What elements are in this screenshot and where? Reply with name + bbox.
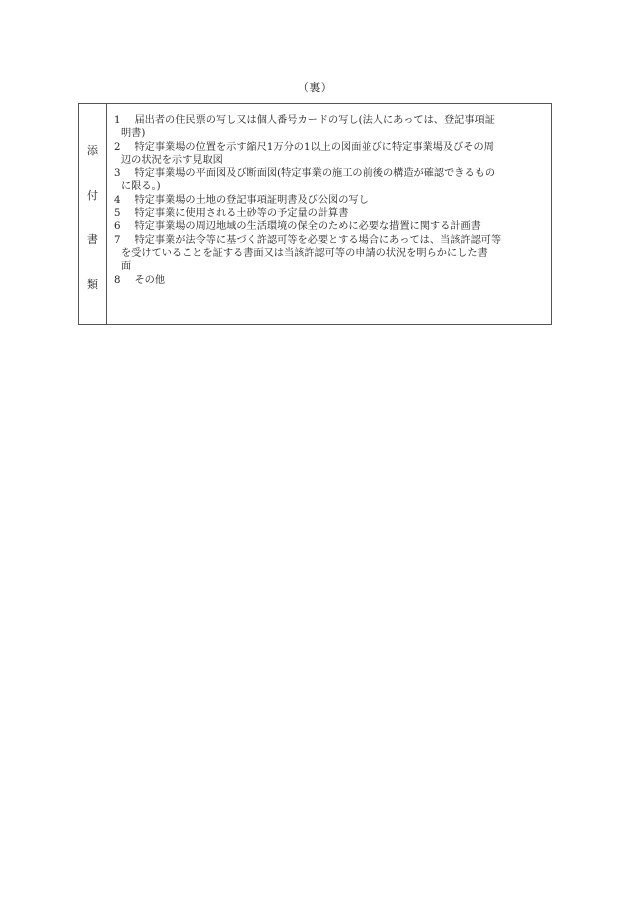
item-number: 3: [114, 167, 128, 180]
attachments-label: 添 付 書 類: [79, 104, 107, 324]
item-text: 特定事業場の周辺地域の生活環境の保全のために必要な措置に関する計画書: [134, 221, 480, 232]
item-number: 4: [114, 194, 128, 207]
item-text-cont: 辺の状況を示す見取図: [114, 154, 545, 167]
item-text: 特定事業に使用される土砂等の予定量の計算書: [134, 208, 348, 219]
item-number: 5: [114, 207, 128, 220]
item-number: 6: [114, 220, 128, 233]
list-item: 7 特定事業が法令等に基づく許認可等を必要とする場合にあっては、当該許認可等 を…: [114, 234, 545, 274]
item-text: その他: [134, 275, 165, 286]
item-number: 7: [114, 234, 128, 247]
item-text: 特定事業場の位置を示す縮尺1万分の1以上の図面並びに特定事業場及びその周: [134, 142, 493, 153]
item-text: 特定事業場の土地の登記事項証明書及び公図の写し: [134, 195, 368, 206]
label-char: 付: [87, 187, 98, 203]
item-text: 特定事業が法令等に基づく許認可等を必要とする場合にあっては、当該許認可等: [134, 235, 501, 246]
list-item: 6 特定事業場の周辺地域の生活環境の保全のために必要な措置に関する計画書: [114, 220, 545, 233]
item-text-cont: 面: [114, 260, 545, 273]
list-item: 8 その他: [114, 274, 545, 287]
item-number: 8: [114, 274, 128, 287]
item-text-cont: 明書): [114, 127, 545, 140]
list-item: 2 特定事業場の位置を示す縮尺1万分の1以上の図面並びに特定事業場及びその周 辺…: [114, 141, 545, 168]
item-text: 特定事業場の平面図及び断面図(特定事業の施工の前後の構造が確認できるもの: [134, 168, 495, 179]
label-char: 添: [87, 142, 98, 158]
item-text-cont: に限る。): [114, 180, 545, 193]
label-char: 書: [87, 231, 98, 247]
item-number: 1: [114, 114, 128, 127]
attachments-table: 添 付 書 類 1 届出者の住民票の写し又は個人番号カードの写し(法人にあっては…: [78, 103, 552, 325]
attachments-list: 1 届出者の住民票の写し又は個人番号カードの写し(法人にあっては、登記事項証 明…: [107, 104, 551, 324]
list-item: 3 特定事業場の平面図及び断面図(特定事業の施工の前後の構造が確認できるもの に…: [114, 167, 545, 194]
item-text-cont: を受けていることを証する書面又は当該許認可等の申請の状況を明らかにした書: [114, 247, 545, 260]
list-item: 4 特定事業場の土地の登記事項証明書及び公図の写し: [114, 194, 545, 207]
list-item: 1 届出者の住民票の写し又は個人番号カードの写し(法人にあっては、登記事項証 明…: [114, 114, 545, 141]
label-char: 類: [87, 276, 98, 292]
list-item: 5 特定事業に使用される土砂等の予定量の計算書: [114, 207, 545, 220]
item-text: 届出者の住民票の写し又は個人番号カードの写し(法人にあっては、登記事項証: [134, 115, 494, 126]
item-number: 2: [114, 141, 128, 154]
page-heading: （裏）: [0, 79, 630, 95]
